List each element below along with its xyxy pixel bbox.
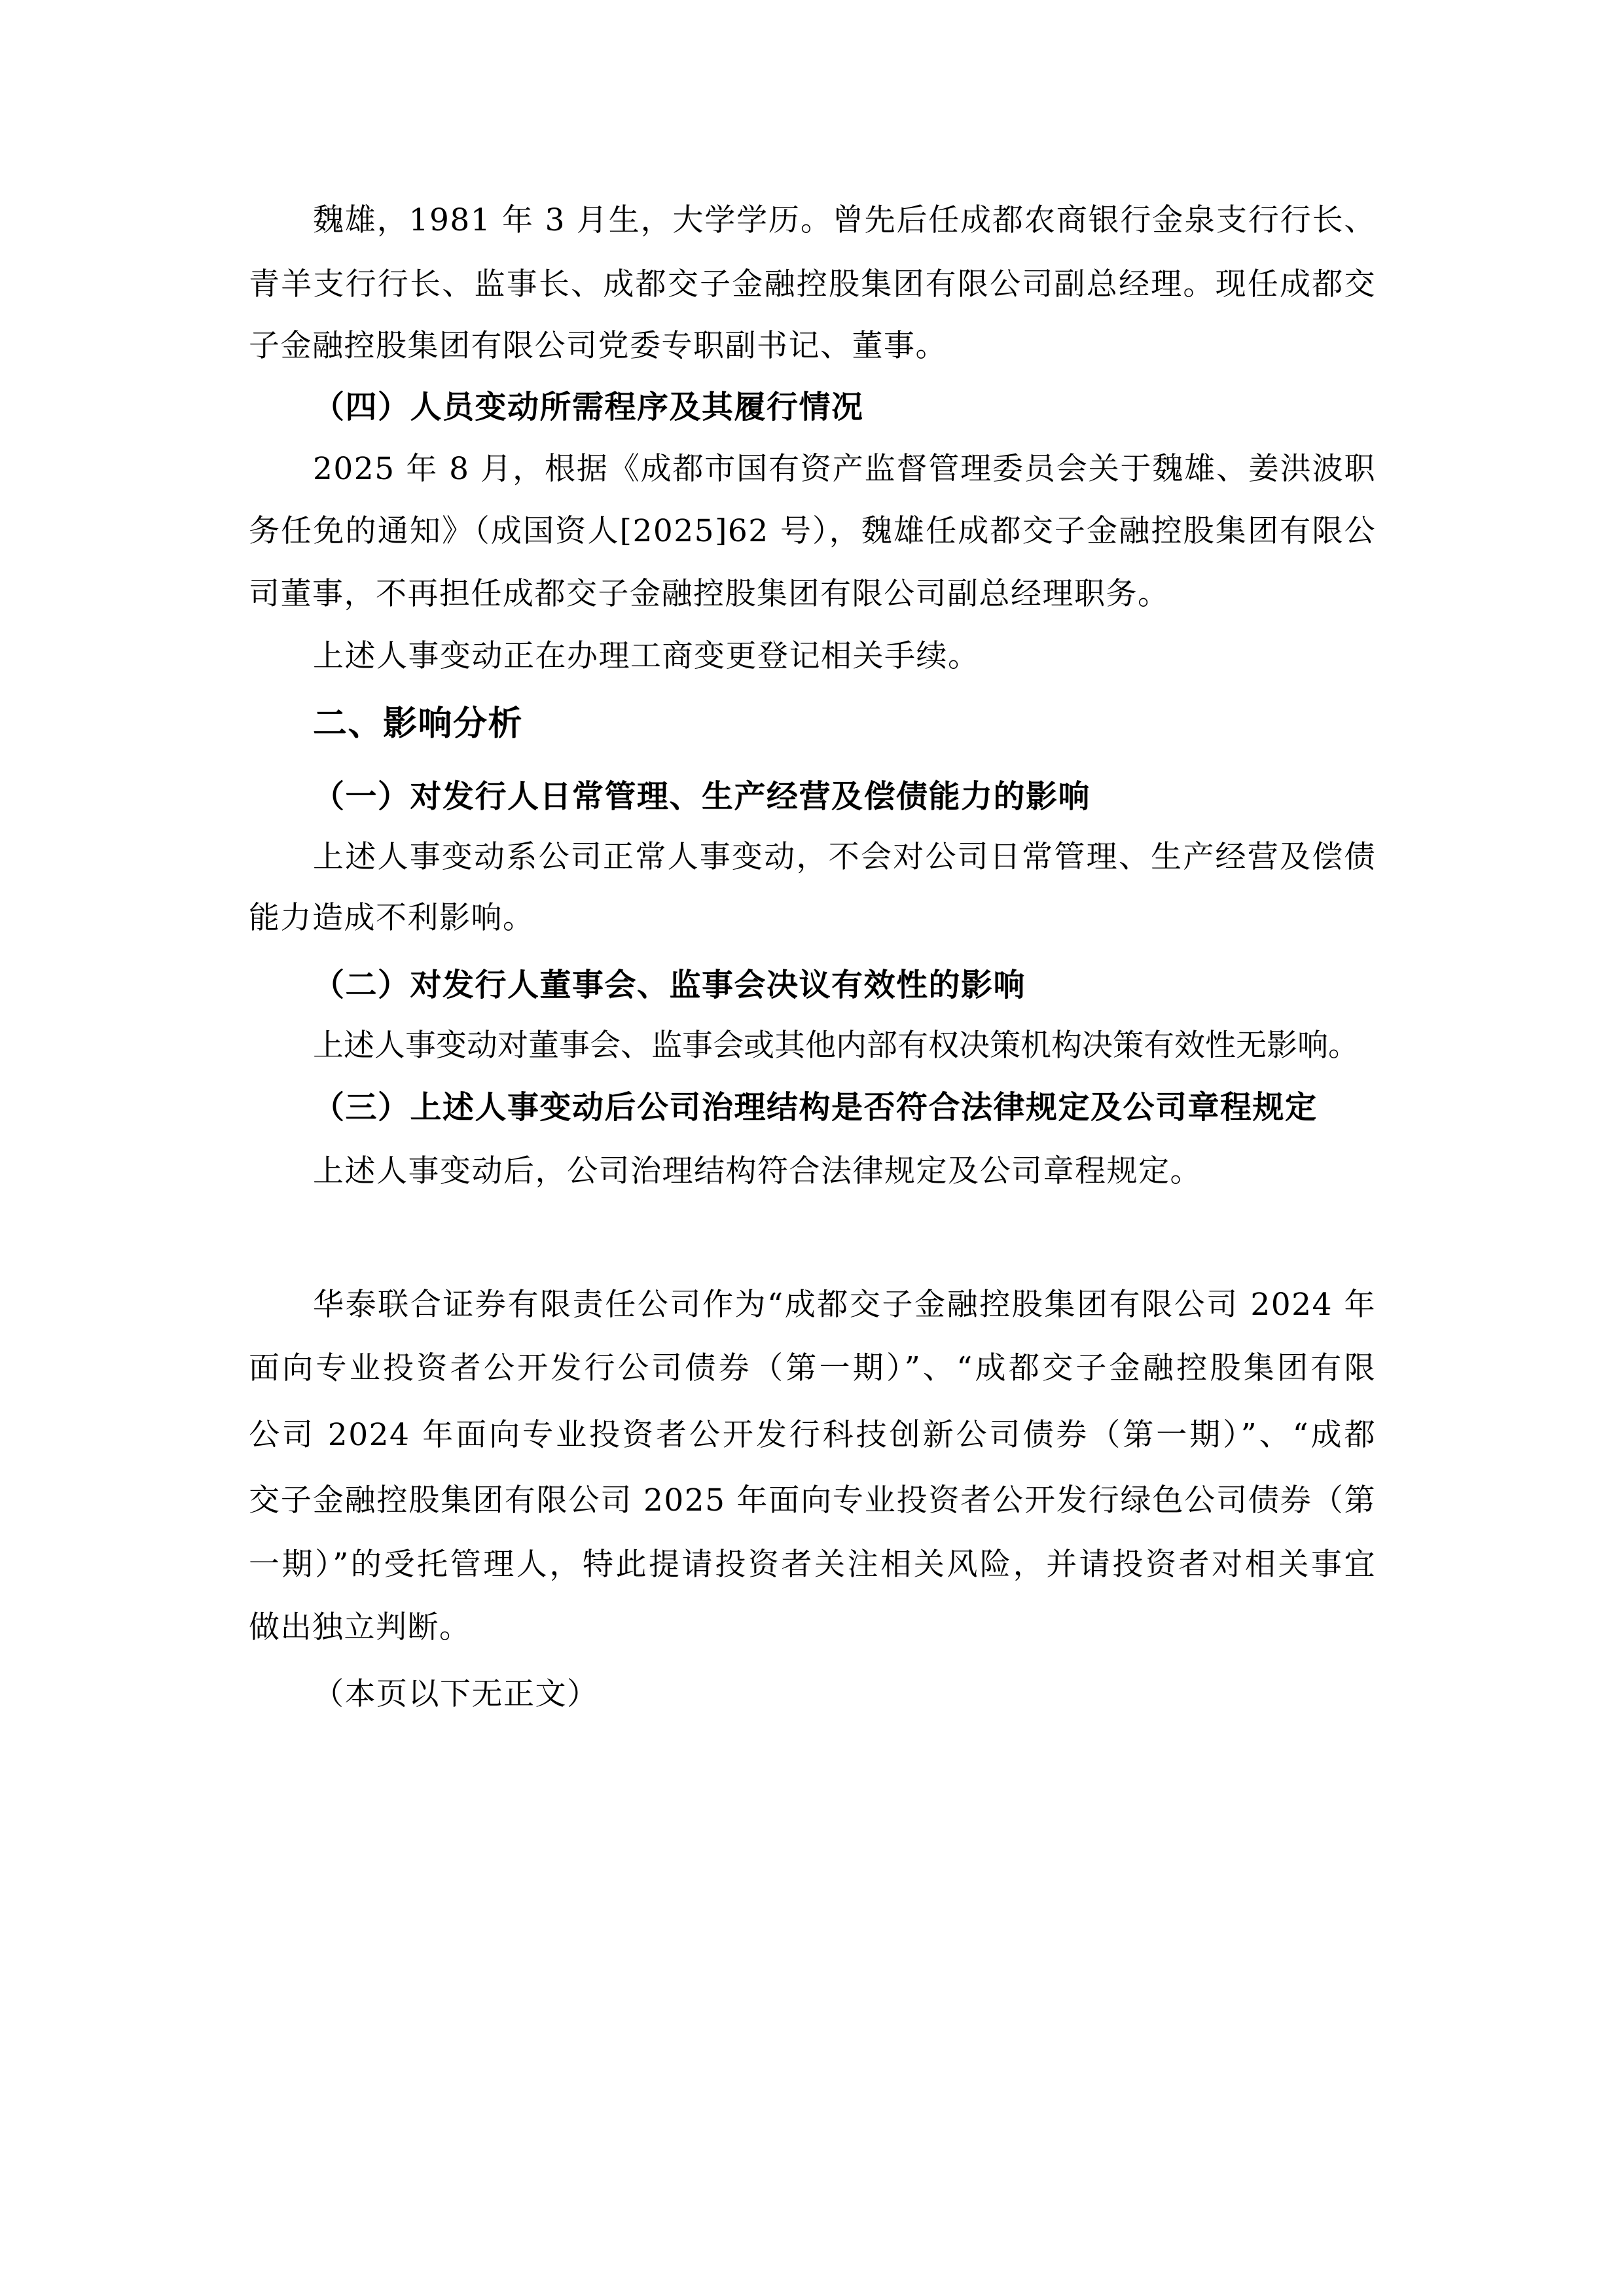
subheading-daily-management-impact: （一）对发行人日常管理、生产经营及偿债能力的影响 <box>313 774 1376 819</box>
trustee-paragraph-line-3: 公司 2024 年面向专业投资者公开发行科技创新公司债券（第一期）”、“成都 <box>249 1412 1376 1458</box>
trustee-paragraph-line-4: 交子金融控股集团有限公司 2025 年面向专业投资者公开发行绿色公司债券（第 <box>249 1478 1376 1524</box>
trustee-paragraph-line-6: 做出独立判断。 <box>249 1605 1376 1651</box>
bio-paragraph-line-1: 魏雄，1981 年 3 月生，大学学历。曾先后任成都农商银行金泉支行行长、 <box>313 198 1376 243</box>
daily-management-paragraph-line-1: 上述人事变动系公司正常人事变动，不会对公司日常管理、生产经营及偿债 <box>313 834 1376 880</box>
trustee-paragraph-line-5: 一期）”的受托管理人，特此提请投资者关注相关风险，并请投资者对相关事宜 <box>249 1542 1376 1588</box>
heading-impact-analysis: 二、影响分析 <box>313 701 1376 747</box>
board-resolution-paragraph: 上述人事变动对董事会、监事会或其他内部有权决策机构决策有效性无影响。 <box>313 1023 1376 1069</box>
governance-paragraph: 上述人事变动后，公司治理结构符合法律规定及公司章程规定。 <box>313 1149 1376 1194</box>
trustee-paragraph-line-1: 华泰联合证券有限责任公司作为“成都交子金融控股集团有限公司 2024 年 <box>313 1282 1376 1328</box>
end-of-text-note: （本页以下无正文） <box>313 1672 1376 1717</box>
appointment-paragraph-line-1: 2025 年 8 月，根据《成都市国有资产监督管理委员会关于魏雄、姜洪波职 <box>313 446 1376 492</box>
registration-paragraph: 上述人事变动正在办理工商变更登记相关手续。 <box>313 634 1376 679</box>
subheading-procedures: （四）人员变动所需程序及其履行情况 <box>313 384 1376 430</box>
appointment-paragraph-line-3: 司董事，不再担任成都交子金融控股集团有限公司副总经理职务。 <box>249 571 1376 617</box>
appointment-paragraph-line-2: 务任免的通知》（成国资人[2025]62 号），魏雄任成都交子金融控股集团有限公 <box>249 509 1376 554</box>
trustee-paragraph-line-2: 面向专业投资者公开发行公司债券（第一期）”、“成都交子金融控股集团有限 <box>249 1346 1376 1391</box>
document-page: 魏雄，1981 年 3 月生，大学学历。曾先后任成都农商银行金泉支行行长、 青羊… <box>0 0 1624 2296</box>
daily-management-paragraph-line-2: 能力造成不利影响。 <box>249 895 1376 941</box>
subheading-governance-compliance: （三）上述人事变动后公司治理结构是否符合法律规定及公司章程规定 <box>313 1085 1376 1130</box>
bio-paragraph-line-2: 青羊支行行长、监事长、成都交子金融控股集团有限公司副总经理。现任成都交 <box>249 262 1376 308</box>
subheading-board-resolution-impact: （二）对发行人董事会、监事会决议有效性的影响 <box>313 962 1376 1008</box>
bio-paragraph-line-3: 子金融控股集团有限公司党委专职副书记、董事。 <box>249 323 1376 369</box>
